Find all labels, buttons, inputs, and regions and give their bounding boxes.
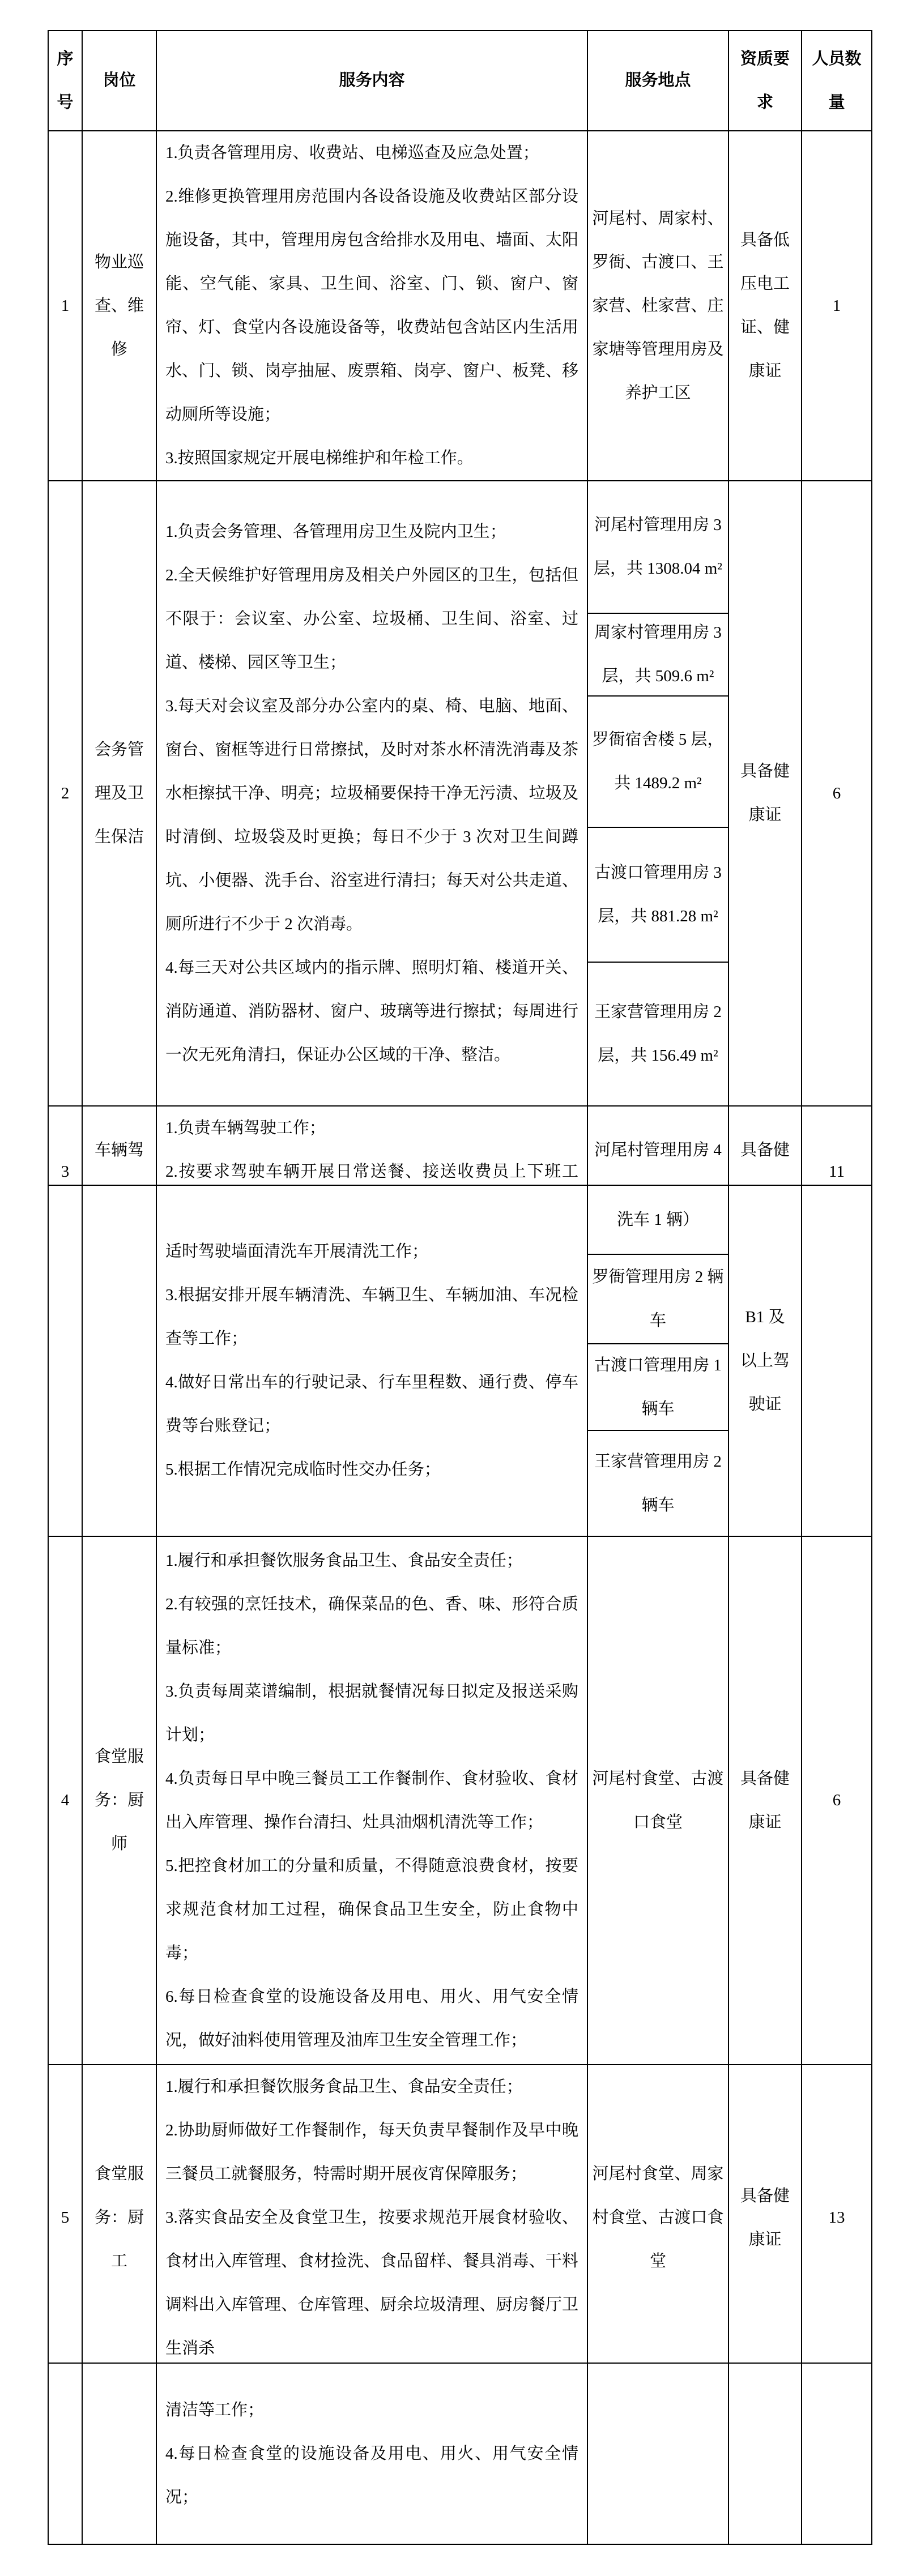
table-row-5b: 清洁等工作； 4.每日检查食堂的设施设备及用电、用火、用气安全情况；	[48, 2363, 872, 2544]
row4-content: 1.履行和承担餐饮服务食品卫生、食品安全责任； 2.有较强的烹饪技术，确保菜品的…	[156, 1536, 587, 2065]
row1-content-item: 1.负责各管理用房、收费站、电梯巡查及应急处置；	[165, 131, 578, 175]
header-content: 服务内容	[156, 31, 587, 131]
row3b-post-empty	[82, 1185, 156, 1536]
row5b-qualification-empty	[728, 2363, 802, 2544]
row2-location-cell: 古渡口管理用房 3 层，共 881.28 m²	[588, 827, 728, 962]
row1-location: 河尾村、周家村、罗衙、古渡口、王家营、杜家营、庄家塘等管理用房及养护工区	[587, 131, 728, 481]
row3-content-item: 5.根据工作情况完成临时性交办任务；	[165, 1448, 578, 1492]
row2-content-item: 4.每三天对公共区域内的指示牌、照明灯箱、楼道开关、消防通道、消防器材、窗户、玻…	[165, 946, 578, 1077]
row4-content-item: 1.履行和承担餐饮服务食品卫生、食品安全责任；	[165, 1539, 578, 1583]
row5-post: 食堂服务：厨工	[82, 2065, 156, 2371]
row3-location-cell: 王家营管理用房 2 辆车	[588, 1430, 728, 1536]
row5b-location-empty	[587, 2363, 728, 2544]
row3-location-cell: 古渡口管理用房 1 辆车	[588, 1343, 728, 1430]
row5-location: 河尾村食堂、周家村食堂、古渡口食堂	[587, 2065, 728, 2371]
row2-post: 会务管理及卫生保洁	[82, 481, 156, 1106]
table-row-4: 4 食堂服务：厨师 1.履行和承担餐饮服务食品卫生、食品安全责任； 2.有较强的…	[48, 1536, 872, 2065]
row1-qualification: 具备低压电工证、健康证	[728, 131, 802, 481]
row4-content-item: 2.有较强的烹饪技术，确保菜品的色、香、味、形符合质量标准；	[165, 1583, 578, 1670]
row4-content-item: 4.负责每日早中晚三餐员工工作餐制作、食材验收、食材出入库管理、操作台清扫、灶具…	[165, 1757, 578, 1844]
row1-post: 物业巡查、维修	[82, 131, 156, 481]
page: { "header": { "cols": ["序号", "岗位", "服务内容…	[0, 0, 899, 2576]
row2-headcount: 6	[802, 481, 872, 1106]
header-post: 岗位	[82, 31, 156, 131]
row2-qualification: 具备健康证	[728, 481, 802, 1106]
row3-qualification-part2: B1 及以上驾驶证	[728, 1185, 802, 1536]
row2-location-cell: 河尾村管理用房 3 层，共 1308.04 m²	[588, 481, 728, 613]
row3-location-stack: 洗车 1 辆） 罗衙管理用房 2 辆车 古渡口管理用房 1 辆车 王家营管理用房…	[588, 1186, 728, 1536]
row4-post: 食堂服务：厨师	[82, 1536, 156, 2065]
table-header-row: 序号 岗位 服务内容 服务地点 资质要求 人员数量	[48, 31, 872, 131]
row4-headcount: 6	[802, 1536, 872, 2065]
row5-content: 1.履行和承担餐饮服务食品卫生、食品安全责任； 2.协助厨师做好工作餐制作，每天…	[156, 2065, 587, 2371]
header-seq: 序号	[48, 31, 82, 131]
row5b-seq-empty	[48, 2363, 82, 2544]
row1-content: 1.负责各管理用房、收费站、电梯巡查及应急处置； 2.维修更换管理用房范围内各设…	[156, 131, 587, 481]
header-headcount: 人员数量	[802, 31, 872, 131]
row2-location-cell: 周家村管理用房 3 层，共 509.6 m²	[588, 613, 728, 695]
row3-content-item: 1.负责车辆驾驶工作；	[165, 1107, 578, 1150]
row5-headcount: 13	[802, 2065, 872, 2371]
row4-seq: 4	[48, 1536, 82, 2065]
table-row-2: 2 会务管理及卫生保洁 1.负责会务管理、各管理用房卫生及院内卫生； 2.全天候…	[48, 481, 872, 1106]
row1-seq: 1	[48, 131, 82, 481]
row4-content-item: 5.把控食材加工的分量和质量，不得随意浪费食材，按要求规范食材加工过程，确保食品…	[165, 1844, 578, 1975]
row2-location-group: 河尾村管理用房 3 层，共 1308.04 m² 周家村管理用房 3 层，共 5…	[587, 481, 728, 1106]
header-qualification: 资质要求	[728, 31, 802, 131]
row5-qualification: 具备健康证	[728, 2065, 802, 2371]
service-table-part-2: 适时驾驶墙面清洗车开展清洗工作； 3.根据安排开展车辆清洗、车辆卫生、车辆加油、…	[48, 1185, 872, 2372]
row5-seq: 5	[48, 2065, 82, 2371]
row2-content-item: 3.每天对会议室及部分办公室内的桌、椅、电脑、地面、窗台、窗框等进行日常擦拭，及…	[165, 685, 578, 946]
row5-content-item: 清洁等工作；	[165, 2389, 578, 2432]
row3-location-cell: 罗衙管理用房 2 辆车	[588, 1254, 728, 1343]
row4-location: 河尾村食堂、古渡口食堂	[587, 1536, 728, 2065]
row4-content-item: 6.每日检查食堂的设施设备及用电、用火、用气安全情况，做好油料使用管理及油库卫生…	[165, 1975, 578, 2062]
row1-content-item: 2.维修更换管理用房范围内各设备设施及收费站区部分设施设备，其中，管理用房包含给…	[165, 175, 578, 437]
row4-content-item: 3.负责每周菜谱编制，根据就餐情况每日拟定及报送采购计划；	[165, 1670, 578, 1757]
row2-content: 1.负责会务管理、各管理用房卫生及院内卫生； 2.全天候维护好管理用房及相关户外…	[156, 481, 587, 1106]
table-row-3b: 适时驾驶墙面清洗车开展清洗工作； 3.根据安排开展车辆清洗、车辆卫生、车辆加油、…	[48, 1185, 872, 1536]
row1-headcount: 1	[802, 131, 872, 481]
row5b-headcount-empty	[802, 2363, 872, 2544]
row3-content-part2: 适时驾驶墙面清洗车开展清洗工作； 3.根据安排开展车辆清洗、车辆卫生、车辆加油、…	[156, 1185, 587, 1536]
row3b-headcount-empty	[802, 1185, 872, 1536]
table-row-1: 1 物业巡查、维修 1.负责各管理用房、收费站、电梯巡查及应急处置； 2.维修更…	[48, 131, 872, 481]
row1-content-item: 3.按照国家规定开展电梯维护和年检工作。	[165, 437, 578, 480]
row3-content-item: 适时驾驶墙面清洗车开展清洗工作；	[165, 1230, 578, 1274]
row5-content-item: 2.协助厨师做好工作餐制作，每天负责早餐制作及早中晚三餐员工就餐服务，特需时期开…	[165, 2109, 578, 2196]
row5-content-item: 3.落实食品安全及食堂卫生，按要求规范开展食材验收、食材出入库管理、食材捡洗、食…	[165, 2196, 578, 2370]
row2-seq: 2	[48, 481, 82, 1106]
row3-content-item: 3.根据安排开展车辆清洗、车辆卫生、车辆加油、车况检查等工作；	[165, 1274, 578, 1361]
row3-location-cell: 洗车 1 辆）	[588, 1186, 728, 1254]
row3b-seq-empty	[48, 1185, 82, 1536]
row2-content-item: 1.负责会务管理、各管理用房卫生及院内卫生；	[165, 510, 578, 554]
table-row-5: 5 食堂服务：厨工 1.履行和承担餐饮服务食品卫生、食品安全责任； 2.协助厨师…	[48, 2065, 872, 2371]
service-table-part-3: 清洁等工作； 4.每日检查食堂的设施设备及用电、用火、用气安全情况；	[48, 2363, 872, 2545]
service-table-part-1: 序号 岗位 服务内容 服务地点 资质要求 人员数量 1 物业巡查、维修 1.负责…	[48, 30, 872, 1238]
row3-content-item: 4.做好日常出车的行驶记录、行车里程数、通行费、停车费等台账登记；	[165, 1361, 578, 1448]
row2-content-item: 2.全天候维护好管理用房及相关户外园区的卫生，包括但不限于：会议室、办公室、垃圾…	[165, 554, 578, 685]
row5-content-item: 1.履行和承担餐饮服务食品卫生、食品安全责任；	[165, 2065, 578, 2109]
row2-location-stack: 河尾村管理用房 3 层，共 1308.04 m² 周家村管理用房 3 层，共 5…	[588, 481, 728, 1105]
row3-location-group: 洗车 1 辆） 罗衙管理用房 2 辆车 古渡口管理用房 1 辆车 王家营管理用房…	[587, 1185, 728, 1536]
row5-content-part2: 清洁等工作； 4.每日检查食堂的设施设备及用电、用火、用气安全情况；	[156, 2363, 587, 2544]
row5-content-item: 4.每日检查食堂的设施设备及用电、用火、用气安全情况；	[165, 2432, 578, 2519]
row2-location-cell: 王家营管理用房 2 层，共 156.49 m²	[588, 962, 728, 1105]
row4-qualification: 具备健康证	[728, 1536, 802, 2065]
row5b-post-empty	[82, 2363, 156, 2544]
row2-location-cell: 罗衙宿舍楼 5 层，共 1489.2 m²	[588, 695, 728, 827]
header-location: 服务地点	[587, 31, 728, 131]
